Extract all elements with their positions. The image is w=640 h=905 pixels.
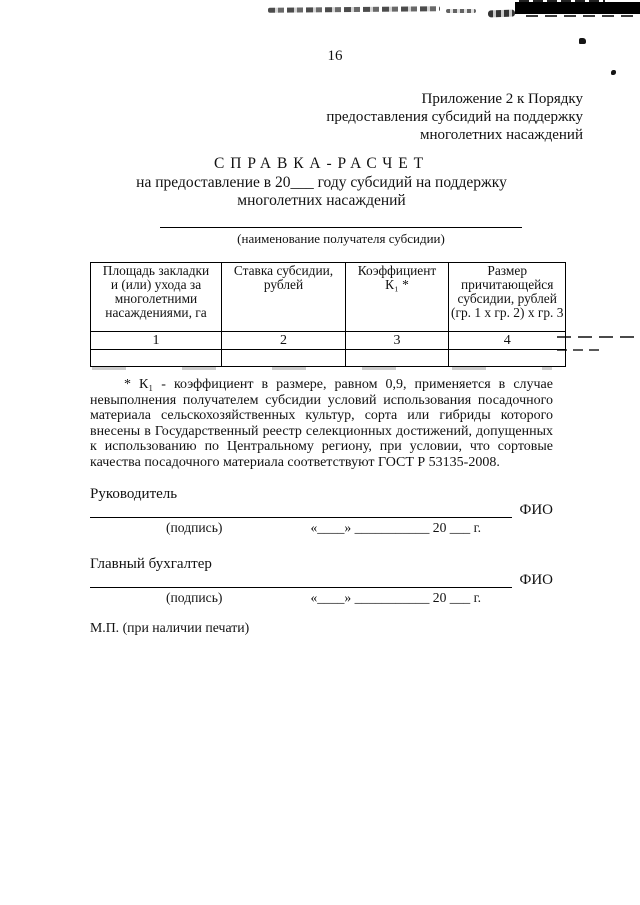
scan-dash-marks xyxy=(557,336,638,338)
table-data-row xyxy=(91,350,566,367)
scan-smudge-mark xyxy=(446,9,476,13)
coefficient-footnote: * К₁ - коэффициент в размере, равном 0,9… xyxy=(90,377,553,471)
table-cell-empty xyxy=(222,350,346,367)
scan-speck xyxy=(611,70,616,75)
table-cell-empty xyxy=(449,350,566,367)
column-header-area: Площадь закладки и (или) ухода за многол… xyxy=(91,263,222,332)
scan-dash-marks xyxy=(519,0,605,3)
document-title-block: СПРАВКА-РАСЧЕТ на предоставление в 20___… xyxy=(90,155,553,211)
appendix-line: многолетних насаждений xyxy=(326,126,583,144)
fio-label: ФИО xyxy=(512,573,553,588)
page-number: 16 xyxy=(0,48,640,65)
signature-caption-row: (подпись) «____» ___________ 20 ___ г. xyxy=(90,520,553,536)
recipient-caption: (наименование получателя субсидии) xyxy=(160,231,522,247)
signature-role: Главный бухгалтер xyxy=(90,556,553,572)
scan-smear xyxy=(92,367,552,370)
scan-smudge-line xyxy=(268,6,440,13)
appendix-reference: Приложение 2 к Порядку предоставления су… xyxy=(326,90,583,144)
column-number: 4 xyxy=(449,332,566,350)
column-header-rate: Ставка субсидии, рублей xyxy=(222,263,346,332)
signature-line-row: ФИО xyxy=(90,503,553,518)
document-title: СПРАВКА-РАСЧЕТ xyxy=(90,155,553,174)
table-cell-empty xyxy=(91,350,222,367)
signature-line-row: ФИО xyxy=(90,573,553,588)
signature-role: Руководитель xyxy=(90,486,553,502)
recipient-name-blank-line xyxy=(160,213,522,228)
signature-block-accountant: Главный бухгалтер ФИО (подпись) «____» _… xyxy=(90,556,553,606)
column-header-coefficient: Коэффициент К₁ * xyxy=(346,263,449,332)
column-number: 3 xyxy=(346,332,449,350)
scanned-document-page: 16 Приложение 2 к Порядку предоставления… xyxy=(0,0,640,905)
document-subtitle: многолетних насаждений xyxy=(90,192,553,211)
scan-black-bar xyxy=(515,2,640,14)
column-number: 2 xyxy=(222,332,346,350)
column-header-subsidy-size: Размер причитающейся субсидии, рублей (г… xyxy=(449,263,566,332)
appendix-line: Приложение 2 к Порядку xyxy=(326,90,583,108)
table-cell-empty xyxy=(346,350,449,367)
signature-blank-line xyxy=(90,573,512,588)
date-blank: «____» ___________ 20 ___ г. xyxy=(310,590,481,606)
table-column-number-row: 1 2 3 4 xyxy=(91,332,566,350)
scan-smudge-mark xyxy=(488,10,515,18)
signature-caption: (подпись) xyxy=(166,520,222,536)
signature-blank-line xyxy=(90,503,512,518)
fio-label: ФИО xyxy=(512,503,553,518)
signature-block-director: Руководитель ФИО (подпись) «____» ______… xyxy=(90,486,553,536)
scan-speck xyxy=(579,38,586,44)
signature-caption-row: (подпись) «____» ___________ 20 ___ г. xyxy=(90,590,553,606)
date-blank: «____» ___________ 20 ___ г. xyxy=(310,520,481,536)
appendix-line: предоставления субсидий на поддержку xyxy=(326,108,583,126)
column-number: 1 xyxy=(91,332,222,350)
subsidy-calculation-table: Площадь закладки и (или) ухода за многол… xyxy=(90,262,566,367)
scan-dash-marks xyxy=(526,15,636,17)
signature-caption: (подпись) xyxy=(166,590,222,606)
stamp-note: М.П. (при наличии печати) xyxy=(90,620,249,636)
document-subtitle: на предоставление в 20___ году субсидий … xyxy=(90,174,553,193)
table-header-row: Площадь закладки и (или) ухода за многол… xyxy=(91,263,566,332)
